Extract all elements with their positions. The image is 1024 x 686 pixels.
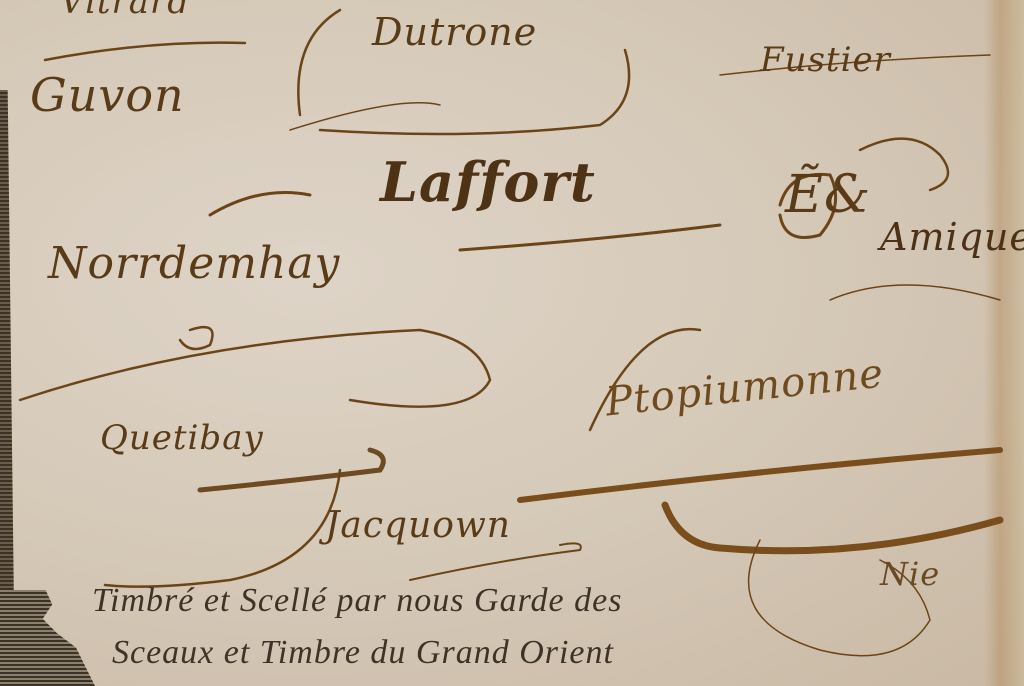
printed-text-line-1: Timbré et Scellé par nous Garde des [92,582,622,620]
signature-dutrone: Dutrone [372,10,537,54]
printed-text-line-2: Sceaux et Timbre du Grand Orient [112,634,614,672]
signature-vitrard: Vitrard [60,0,190,22]
signature-norrdemhay: Norrdemhay [48,238,340,289]
signature-nie: Nie [880,555,940,593]
signature-fustier: Fustier [760,40,891,80]
signature-lafforest: Laffort [380,150,596,214]
signature-amiquet: Amiquet [880,215,1024,259]
signature-monogram: Ẽ& [785,165,871,225]
signature-guvon: Guvon [30,68,185,122]
document-paper: Vitrard Dutrone Guvon Fustier Laffort Ẽ&… [0,0,1024,686]
signature-jacquown: Jacquown [325,505,511,546]
signature-quetibay: Quetibay [100,418,264,458]
